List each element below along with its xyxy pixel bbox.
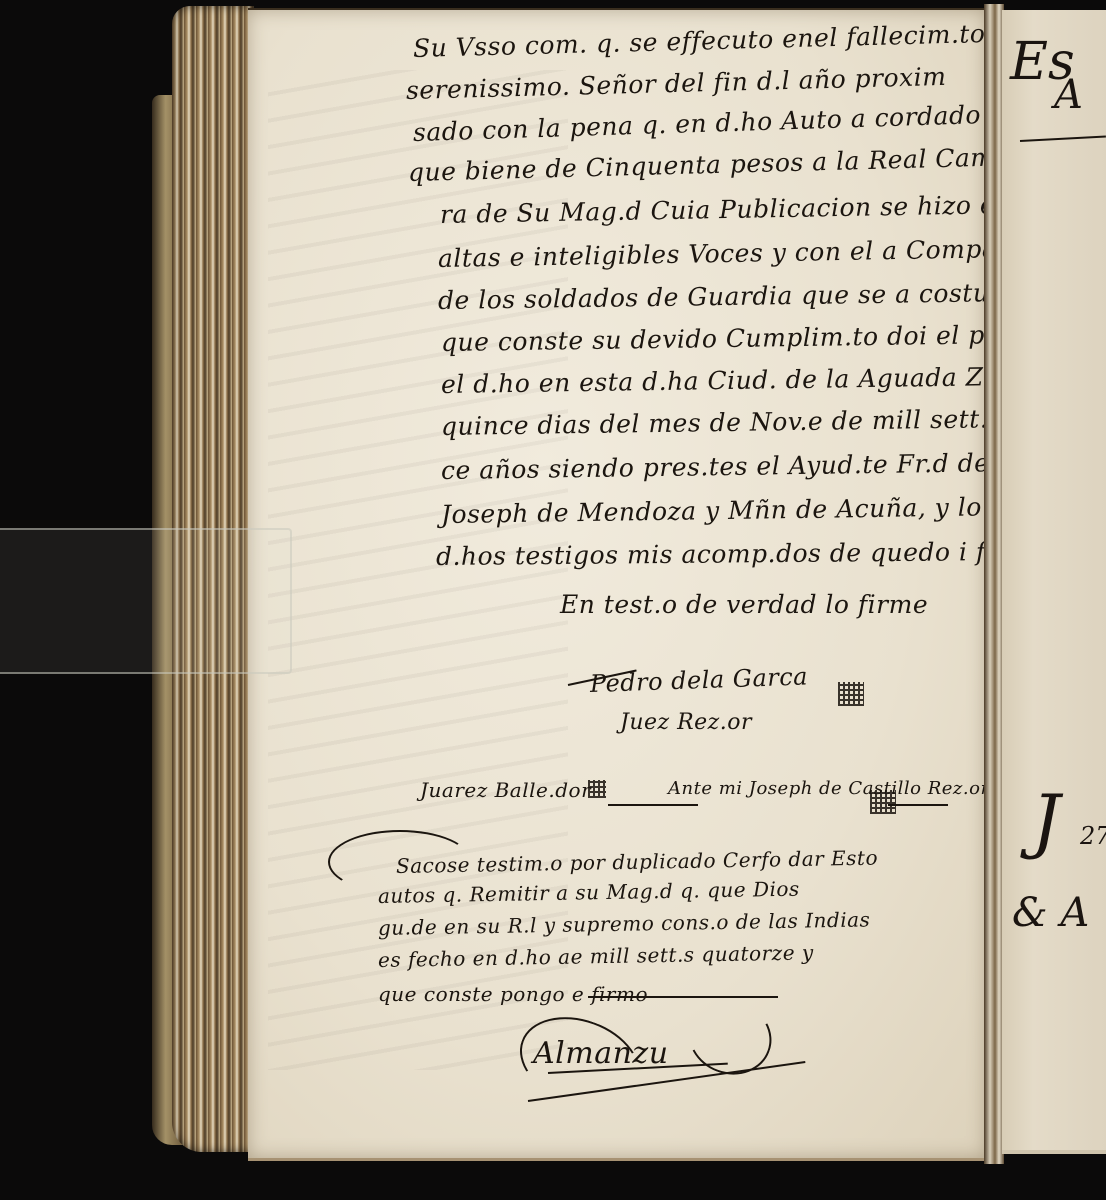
text-line-11: ce años siendo pres.tes el Ayud.te Fr.d … xyxy=(441,448,1033,485)
facing-page-fragment: A xyxy=(1054,72,1083,118)
signature-stroke xyxy=(888,804,948,806)
facing-page-underline xyxy=(1020,136,1106,142)
text-line-1: Su Vsso com. q. se effecuto enel falleci… xyxy=(413,19,986,63)
note-line-5: que conste pongo e firmo xyxy=(378,982,648,1006)
transparent-page-clip xyxy=(0,528,292,674)
signature-stroke xyxy=(608,804,698,806)
text-line-7: de los soldados de Guardia que se a cost… xyxy=(438,277,1058,315)
signature-main: Pedro dela Garca xyxy=(590,662,809,698)
underline-stroke xyxy=(588,996,778,998)
attestation-line: En test.o de verdad lo firme xyxy=(560,590,928,619)
note-line-4: es fecho en d.ho ae mill sett.s quatorze… xyxy=(378,940,814,972)
text-line-8: que conste su devido Cumplim.to doi el p… xyxy=(441,319,1061,357)
facing-page: Es A J 27 & A xyxy=(1002,10,1106,1154)
signature-main-title: Juez Rez.or xyxy=(620,710,752,735)
note-line-3: gu.de en su R.l y supremo cons.o de las … xyxy=(378,907,871,940)
book-gutter xyxy=(984,4,1004,1164)
rubric-mark xyxy=(588,780,606,798)
manuscript-photo: Su Vsso com. q. se effecuto enel falleci… xyxy=(0,0,1106,1200)
facing-page-fragment: J xyxy=(1032,780,1060,862)
text-line-4: que biene de Cinquenta pesos a la Real C… xyxy=(408,143,995,187)
rubric-mark xyxy=(838,682,864,706)
text-line-2: serenissimo. Señor del fin d.l año proxi… xyxy=(406,62,947,105)
manuscript-page: Su Vsso com. q. se effecuto enel falleci… xyxy=(248,8,986,1161)
text-line-3: sado con la pena q. en d.ho Auto a corda… xyxy=(413,100,982,147)
text-line-6: altas e inteligibles Voces y con el a Co… xyxy=(438,233,1054,273)
facing-page-fragment: 27 xyxy=(1080,822,1106,850)
text-line-5: ra de Su Mag.d Cuia Publicacion se hizo … xyxy=(440,190,996,229)
text-line-10: quince dias del mes de Nov.e de mill set… xyxy=(441,404,1041,441)
signature-witness-right: Ante mi Joseph de Castillo Rez.or xyxy=(668,778,990,799)
facing-page-fragment: & A xyxy=(1012,890,1089,936)
signature-witness-left: Juarez Balle.dor xyxy=(420,778,591,802)
note-line-1: Sacose testim.o por duplicado Cerfo dar … xyxy=(396,846,878,878)
rubric-mark xyxy=(870,790,896,814)
text-line-13: d.hos testigos mis acomp.dos de quedo i … xyxy=(436,537,1017,571)
